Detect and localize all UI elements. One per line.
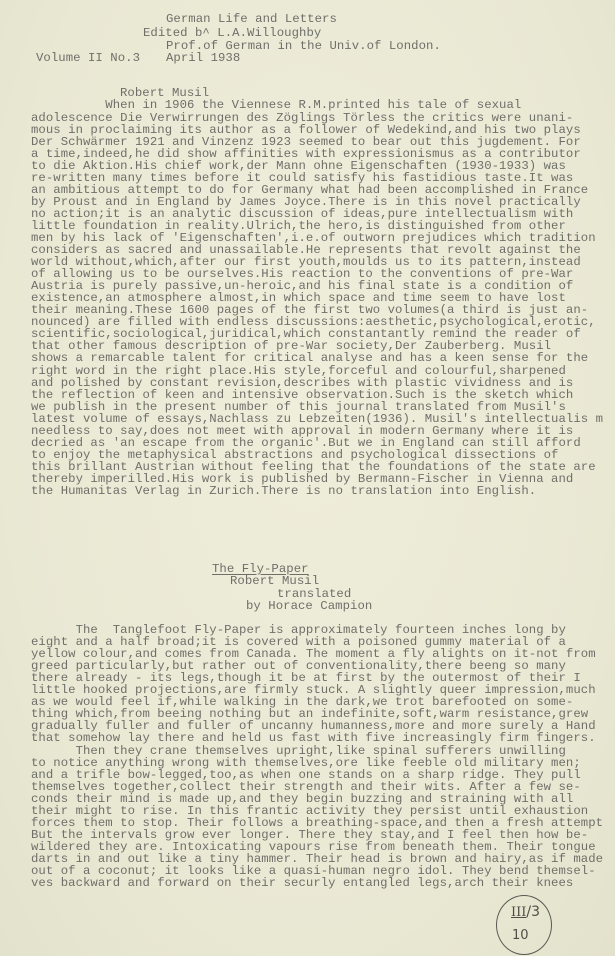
document-page: German Life and Letters Edited b^ L.A.Wi… [0,0,615,956]
volume-number: Volume II No.3 [36,52,140,65]
stamp-page: 10 [512,928,529,943]
stamp-issue: /3 [526,904,540,920]
story-translator: by Horace Campion [246,600,372,613]
issue-date: April 1938 [166,52,240,65]
stamp-roman: III [511,905,526,920]
archive-stamp: III/3 10 [496,895,552,955]
journal-title: German Life and Letters [166,13,337,26]
intro-line: the Humanitas Verlag in Zurich.There is … [31,485,536,498]
stamp-volume: III/3 [511,904,540,920]
story-line: ves backward and forward on their securl… [31,877,573,890]
